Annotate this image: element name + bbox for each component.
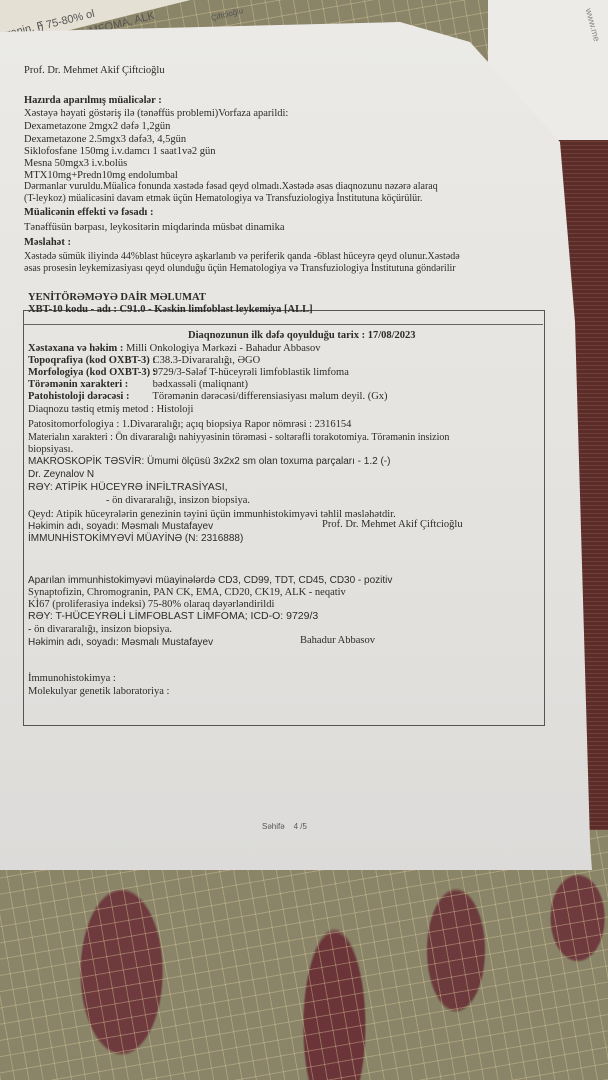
page-footer: Səhifə 4 /5 <box>262 822 307 831</box>
icd-value: C91.0 - Kəskin limfoblast leykemiya [ALL… <box>120 304 313 315</box>
ihc-title: İMMUNHİSTOKİMYƏVİ MÜAYİNƏ (N: 2316888) <box>28 532 243 545</box>
hospital-label: Xəstəxana və həkim : <box>28 343 123 354</box>
hospital-value: Milli Onkologiya Mərkəzi - Bahadur Abbas… <box>126 343 321 354</box>
first-diagnosis-label: Diaqnozunun ilk dəfə qoyulduğu tarix : <box>188 330 365 341</box>
morphology-value: 9729/3-Sələf T-hüceyrəli limfoblastik li… <box>153 367 349 378</box>
ihc-opinion: RƏY: T-HÜCEYRƏLİ LİMFOBLAST LİMFOMA; ICD… <box>28 610 318 623</box>
advice-line: əsas prosesin leykemizasiyası qeyd olund… <box>24 262 456 275</box>
grade-label: Patohistoloji dərəcəsi : <box>28 390 150 403</box>
grade-row: Patohistoloji dərəcəsi : Törəmənin dərəc… <box>28 390 388 403</box>
treatment-line: Dexametazone 2mgx2 dəfə 1,2gün <box>24 120 170 133</box>
page-number: 4 /5 <box>294 822 307 831</box>
document-page: Prof. Dr. Mehmet Akif Çiftcioğlu Hazırda… <box>0 22 592 870</box>
first-diagnosis-date: 17/08/2023 <box>368 330 416 341</box>
icd-row: XBT-10 kodu - adı : C91.0 - Kəskin limfo… <box>28 303 313 316</box>
molecular-lab-label: Molekulyar genetik laboratoriya : <box>28 685 169 698</box>
physician-row: Həkimin adı, soyadı: Məsmalı Mustafayev <box>28 636 213 649</box>
diagnosis-method: Diaqnozu təstiq etmiş metod : Histoloji <box>28 403 193 416</box>
icd-label: XBT-10 kodu - adı : <box>28 304 117 315</box>
effect-heading: Müalicənin effekti və fəsadı : <box>24 206 153 219</box>
first-diagnosis-row: Diaqnozunun ilk dəfə qoyulduğu tarix : 1… <box>188 329 416 342</box>
opinion-line: - ön divararalığı, insizon biopsiya. <box>106 494 250 507</box>
opinion-line: RƏY: ATİPİK HÜCEYRƏ İNFİLTRASİYASI, <box>28 481 228 494</box>
macroscopic-doctor: Dr. Zeynalov N <box>28 468 94 481</box>
page-label: Səhifə <box>262 822 285 831</box>
tumor-info-divider <box>23 324 543 325</box>
immunohistochemistry-label: İmmunohistokimya : <box>28 672 116 685</box>
treatment-heading: Hazırda aparılmış müalicələr : <box>24 94 162 107</box>
physician-right: Bahadur Abbasov <box>300 634 375 647</box>
material-line: Materialın xarakteri : Ön divararalığı n… <box>28 431 449 444</box>
treatment-line: (T-leykoz) müalicəsini davam etmək üçün … <box>24 192 422 205</box>
treatment-line: Xəstəyə həyati göstəriş ilə (tənəffüs pr… <box>24 107 288 120</box>
header-doctor: Prof. Dr. Mehmet Akif Çiftcioğlu <box>24 64 165 77</box>
grade-value: Törəmənin dərəcəsi/differensiasiyası məl… <box>152 391 387 402</box>
character-value: bədxassəli (maliqnant) <box>153 379 248 390</box>
macroscopic-description: MAKROSKOPİK TƏSVİR: Ümumi ölçüsü 3x2x2 s… <box>28 455 390 468</box>
effect-text: Tənəffüsün bərpası, leykositərin miqdari… <box>24 221 285 234</box>
advice-heading: Məslahət : <box>24 236 71 249</box>
physician-right: Prof. Dr. Mehmet Akif Çiftcioğlu <box>322 518 463 531</box>
pathocytomorphology: Patositomorfologiya : 1.Divararalığı; aç… <box>28 418 351 431</box>
ihc-site: - ön divararalığı, insizon biopsiya. <box>28 623 172 636</box>
topography-value: C38.3-Divararalığı, ƏGO <box>153 355 261 366</box>
